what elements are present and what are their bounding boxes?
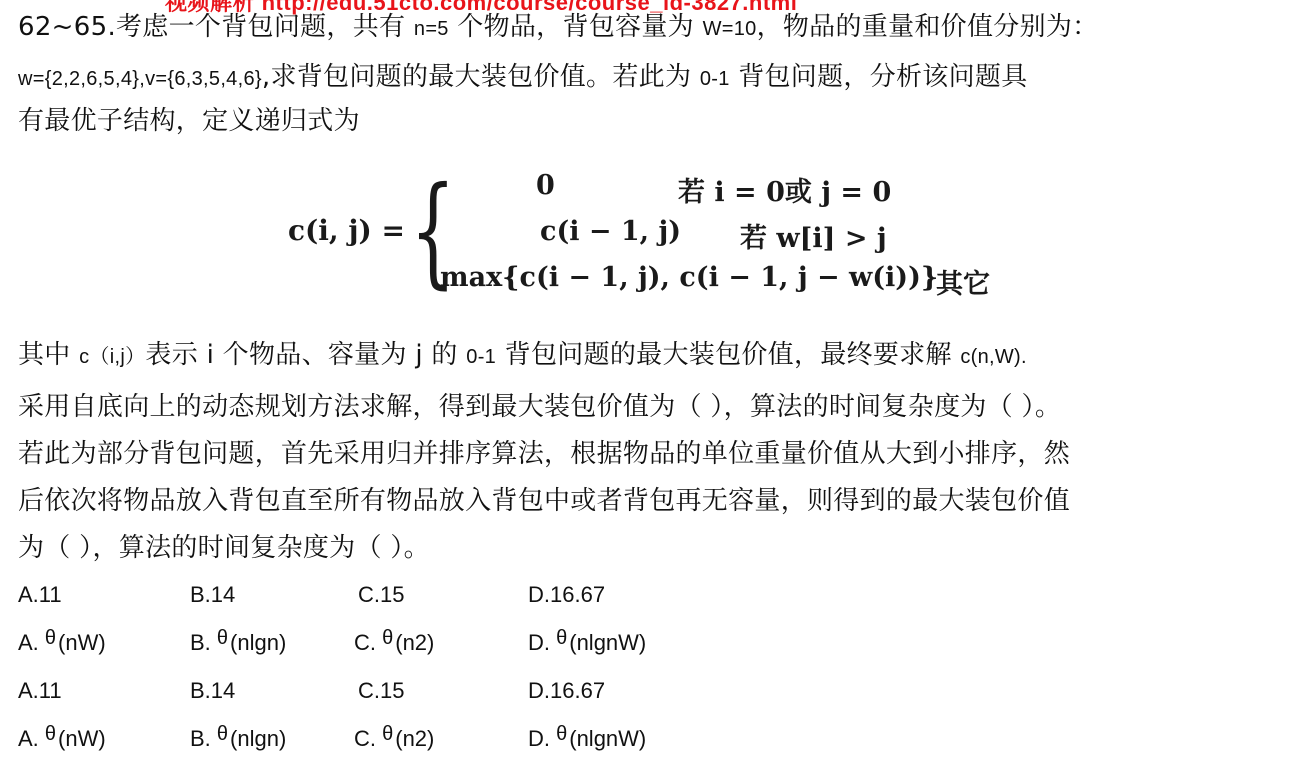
option-letter: C.: [354, 630, 376, 655]
option-text: (nW): [58, 630, 106, 655]
text: 背包问题，分析该问题具: [730, 62, 1028, 92]
option-a[interactable]: A.11: [18, 678, 62, 704]
option-b[interactable]: B.14: [190, 678, 235, 704]
formula-lhs: c(i, j) =: [288, 214, 405, 247]
option-letter: D.: [528, 630, 550, 655]
zero-one-label: 0-1: [466, 346, 496, 368]
theta-icon: θ: [217, 723, 228, 745]
option-text: (nW): [58, 726, 106, 751]
text: 个物品，背包容量为: [449, 12, 703, 42]
case-1-value: 0: [536, 170, 555, 201]
case-2-value: c(i − 1, j): [540, 216, 681, 247]
cnw-label: c(n,W).: [960, 346, 1027, 368]
option-a[interactable]: A. θ(nW): [18, 726, 106, 752]
option-letter: A.: [18, 630, 39, 655]
option-d[interactable]: D.16.67: [528, 678, 605, 704]
option-letter: D.: [528, 726, 550, 751]
option-b[interactable]: B.14: [190, 582, 235, 608]
option-c[interactable]: C. θ(n2): [354, 726, 434, 752]
text: 其中: [18, 340, 79, 370]
option-text: (nlgnW): [569, 726, 646, 751]
text: 表示 i 个物品、容量为 j 的: [145, 340, 466, 370]
question-line-1: 62~65.考虑一个背包问题，共有 n=5 个物品，背包容量为 W=10，物品的…: [18, 10, 1098, 46]
weight-value-sets: w={2,2,6,5,4},v={6,3,5,4,6}: [18, 68, 262, 90]
text: 背包问题的最大装包价值，最终要求解: [496, 340, 960, 370]
question-line-6: 若此为部分背包问题，首先采用归并排序算法，根据物品的单位重量价值从大到小排序，然: [18, 437, 1070, 471]
option-d[interactable]: D.16.67: [528, 582, 605, 608]
capacity-value: W=10: [703, 18, 757, 40]
question-line-4: 其中 c（i,j）表示 i 个物品、容量为 j 的 0-1 背包问题的最大装包价…: [18, 338, 1027, 374]
option-c[interactable]: C.15: [358, 582, 404, 608]
option-text: (n2): [395, 726, 434, 751]
theta-icon: θ: [45, 723, 56, 745]
option-text: (nlgn): [230, 726, 286, 751]
option-c[interactable]: C.15: [358, 678, 404, 704]
option-text: (n2): [395, 630, 434, 655]
option-b[interactable]: B. θ(nlgn): [190, 630, 286, 656]
text: ，物品的重量和价值分别为：: [757, 12, 1099, 42]
option-a[interactable]: A. θ(nW): [18, 630, 106, 656]
text: ,求背包问题的最大装包价值。若此为: [262, 62, 700, 92]
question-line-8: 为（ ），算法的时间复杂度为（ ）。: [18, 531, 430, 565]
option-letter: A.: [18, 726, 39, 751]
theta-icon: θ: [382, 723, 393, 745]
theta-icon: θ: [556, 723, 567, 745]
theta-icon: θ: [556, 627, 567, 649]
option-d[interactable]: D. θ(nlgnW): [528, 726, 646, 752]
zero-one-label: 0-1: [700, 68, 730, 90]
option-b[interactable]: B. θ(nlgn): [190, 726, 286, 752]
question-line-5: 采用自底向上的动态规划方法求解，得到最大装包价值为（ ），算法的时间复杂度为（ …: [18, 390, 1061, 424]
option-letter: C.: [354, 726, 376, 751]
theta-icon: θ: [217, 627, 228, 649]
case-3-value: max{c(i − 1, j), c(i − 1, j − w(i))}: [440, 262, 938, 293]
case-2-condition: 若 w[i] > j: [740, 216, 887, 255]
case-3-condition: 其它: [936, 262, 990, 301]
option-letter: B.: [190, 630, 211, 655]
recurrence-formula: c(i, j) = { 0 若 i = 0或 j = 0 c(i − 1, j)…: [288, 162, 1018, 312]
cij-label: c（i,j）: [79, 346, 145, 368]
theta-icon: θ: [45, 627, 56, 649]
option-text: (nlgn): [230, 630, 286, 655]
option-a[interactable]: A.11: [18, 582, 62, 608]
option-letter: B.: [190, 726, 211, 751]
option-text: (nlgnW): [569, 630, 646, 655]
n-value: n=5: [414, 18, 449, 40]
case-1-condition: 若 i = 0或 j = 0: [678, 170, 891, 209]
question-line-7: 后依次将物品放入背包直至所有物品放入背包中或者背包再无容量，则得到的最大装包价值: [18, 484, 1070, 518]
text: 62~65.考虑一个背包问题，共有: [18, 12, 414, 42]
theta-icon: θ: [382, 627, 393, 649]
question-line-2: w={2,2,6,5,4},v={6,3,5,4,6},求背包问题的最大装包价值…: [18, 60, 1028, 96]
question-line-3: 有最优子结构，定义递归式为: [18, 104, 360, 138]
option-c[interactable]: C. θ(n2): [354, 630, 434, 656]
option-d[interactable]: D. θ(nlgnW): [528, 630, 646, 656]
